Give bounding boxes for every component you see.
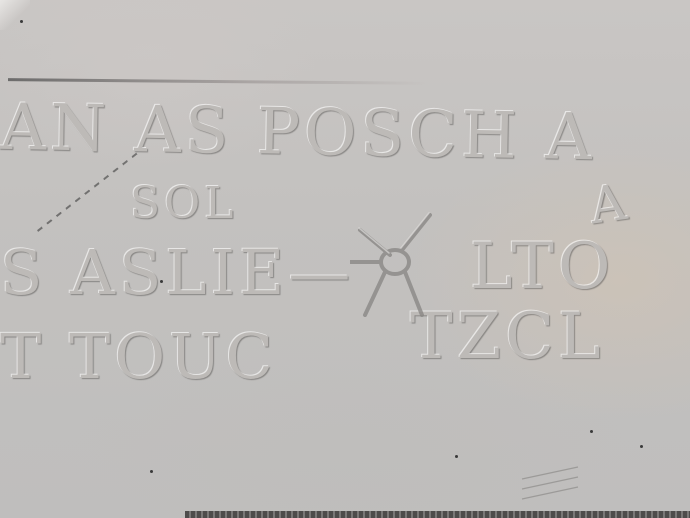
engraved-right-line-1: A	[586, 172, 634, 235]
speck	[455, 455, 458, 458]
speck	[150, 470, 153, 473]
knot-bow-icon	[350, 210, 440, 320]
engraved-line-2: SOL	[130, 178, 237, 229]
engraved-right-line-2: LTO	[470, 230, 614, 304]
engraved-line-4: T TOUC	[0, 320, 277, 393]
speck	[20, 20, 23, 23]
top-left-corner-highlight	[0, 0, 30, 30]
surface-scratches	[520, 465, 580, 505]
speck	[160, 280, 163, 283]
speck	[640, 445, 643, 448]
engraved-line-3: S ASLIE—	[0, 236, 354, 309]
speck	[590, 430, 593, 433]
bottom-dark-edge	[185, 511, 690, 518]
engraved-line-1: AN AS POSCH A	[0, 91, 596, 175]
